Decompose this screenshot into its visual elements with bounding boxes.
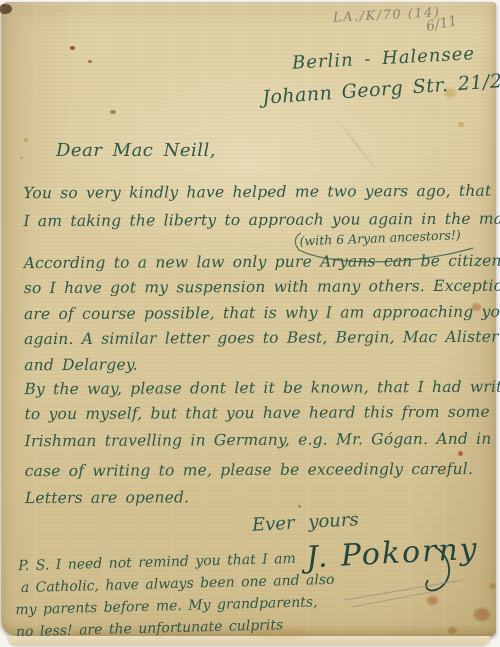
postscript: P. S. I need not remind you that I am a … (0, 0, 500, 647)
ps-line: a Catholic, have always been one and als… (21, 572, 335, 596)
ps-line: my parents before me. My grandparents, (15, 594, 318, 618)
ps-line: P. S. I need not remind you that I am (18, 551, 296, 574)
ps-line: no less! are the unfortunate culprits (16, 617, 284, 640)
